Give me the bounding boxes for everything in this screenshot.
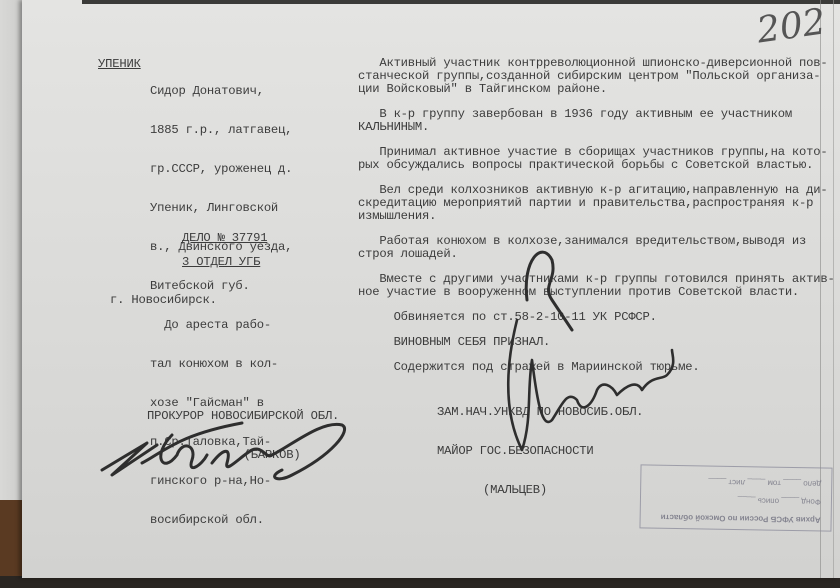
bio-line: восибирской обл.: [150, 514, 292, 527]
paragraph: Принимал активное участие в сборищах уча…: [358, 146, 828, 172]
text-line: измышления.: [358, 210, 828, 223]
text-line: КАЛЬНИНЫМ.: [358, 121, 828, 134]
stamp-line2: Фонд ____ опись ____: [738, 496, 821, 506]
nkvd-signature: [462, 240, 702, 470]
paragraph: В к-р группу завербован в 1936 году акти…: [358, 108, 828, 134]
city: г. Новосибирск.: [110, 294, 217, 307]
handwritten-page-number: 202: [754, 1, 828, 51]
stamp-line3: дело ____ том ____ лист ____: [708, 478, 821, 489]
nkvd-name: (МАЛЬЦЕВ): [437, 484, 643, 497]
department: 3 ОТДЕЛ УГБ: [182, 256, 260, 269]
paragraph: Вел среди колхозников активную к-р агита…: [358, 184, 828, 223]
prosecutor-signature: [102, 415, 362, 495]
text-line: ции Войсковый" в Тайгинском районе.: [358, 83, 828, 96]
bio-line: тал конюхом в кол-: [150, 358, 292, 371]
bio-line: Упеник, Линговской: [150, 202, 292, 215]
bio-line: 1885 г.р., латгавец,: [150, 124, 292, 137]
bio-line: гр.СССР, уроженец д.: [150, 163, 292, 176]
text-line: рых обсуждались вопросы практической бор…: [358, 159, 828, 172]
page-top-edge: [82, 0, 840, 4]
case-number: ДЕЛО № 37791: [182, 232, 267, 245]
archive-stamp: Архив УФСБ России по Омской области Фонд…: [639, 464, 832, 531]
bio-line: До ареста рабо-: [150, 319, 292, 332]
stamp-line1: Архив УФСБ России по Омской области: [661, 513, 821, 525]
paragraph: Активный участник контрреволюционной шпи…: [358, 57, 828, 96]
document-page: 202 УПЕНИК Сидор Донатович, 1885 г.р., л…: [22, 0, 840, 578]
bio-line: Сидор Донатович,: [150, 85, 292, 98]
subject-surname: УПЕНИК: [98, 58, 141, 71]
bio-line: Витебской губ.: [150, 280, 292, 293]
